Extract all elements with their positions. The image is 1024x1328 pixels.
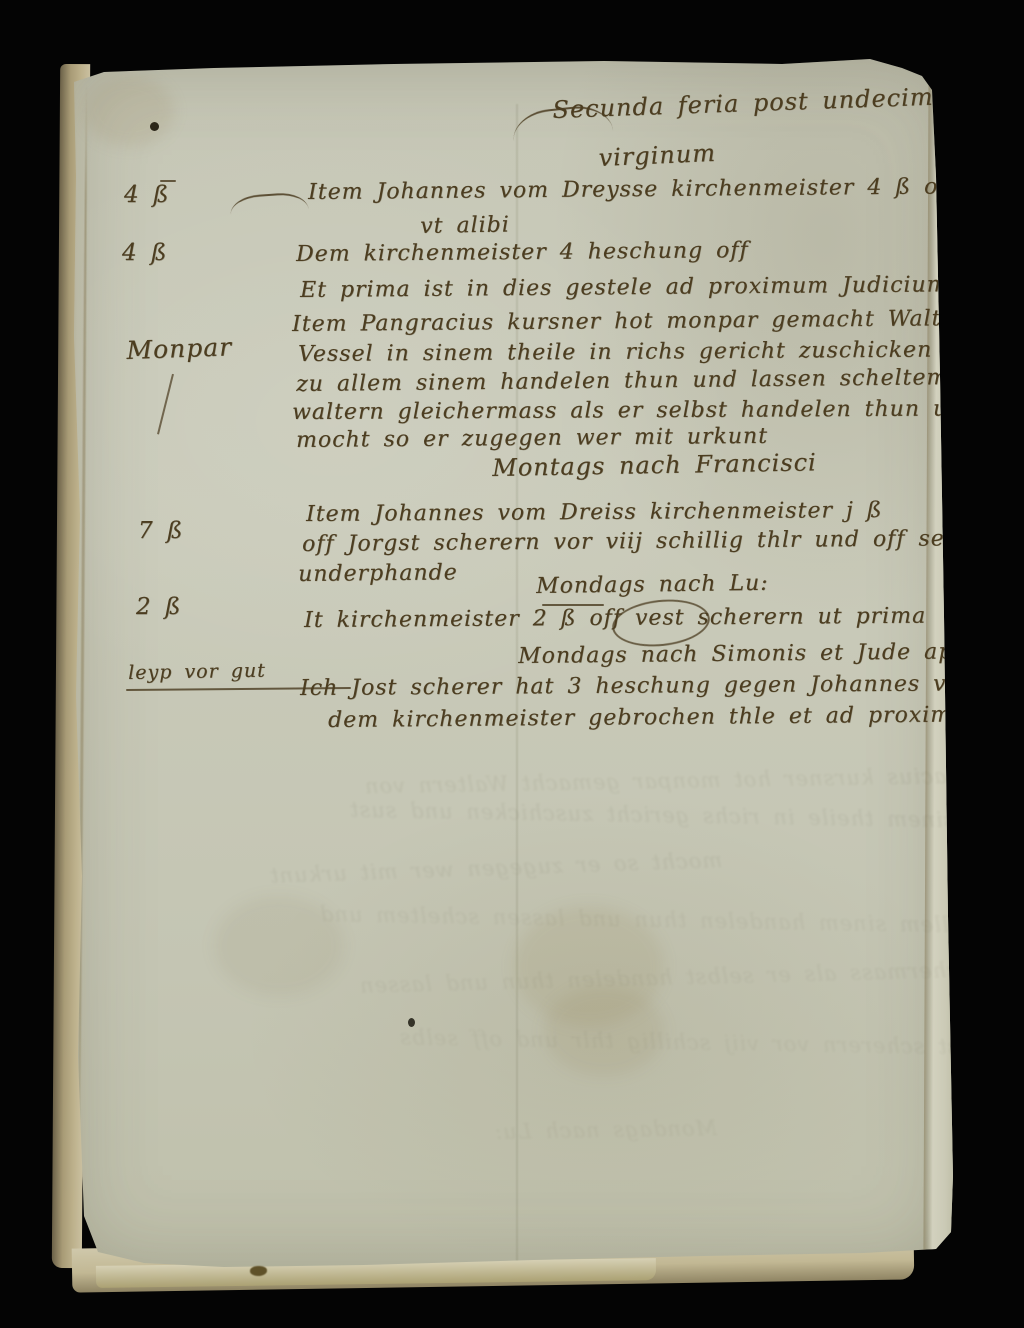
manuscript-line: mocht so er zugegen wer mit urkunt (296, 424, 768, 453)
margin-note-shillings: 4 ß (122, 240, 167, 266)
manuscript-line: zu allem sinem handelen thun und lassen … (296, 365, 1007, 397)
header-date-line: Secunda feria post undecim milia (552, 80, 1013, 124)
manuscript-line: vt alibi (420, 212, 510, 239)
verso-show-through: Mondags nach Lu: (494, 1116, 717, 1144)
manuscript-line: Vessel in sinem theile in richs gericht … (298, 337, 1024, 367)
verso-show-through: zu allem sinem handelen thun und lassen … (319, 902, 1002, 938)
manuscript-line: Item Johannes vom Dreiss kirchenmeister … (306, 498, 883, 527)
margin-note-leyp-vor-gut: leyp vor gut (128, 660, 266, 684)
manuscript-line: Item Pangracius kursner hot monpar gemac… (292, 305, 1024, 337)
manuscript-line: underphande (298, 560, 458, 587)
margin-note-monpar: Monpar (126, 332, 233, 365)
contraction-mark (160, 180, 176, 182)
header-date-line2: virginum (598, 139, 717, 172)
calligraphic-flourish (229, 191, 308, 214)
manuscript-line: Item Johannes vom Dreysse kirchenmeister… (308, 174, 957, 205)
verso-show-through: Vessel in sinem theile in richs gericht … (349, 798, 1024, 835)
manuscript-page: Item Pangracius kursner hot monpar gemac… (64, 56, 960, 1274)
sub-heading: Mondags nach Simonis et Jude apostoln (518, 639, 1024, 669)
section-heading: Montags nach Francisci (492, 448, 817, 482)
manuscript-line: Ich Jost scherer hat 3 heschung gegen Jo… (300, 671, 1024, 701)
photo-background: Item Pangracius kursner hot monpar gemac… (0, 0, 1024, 1328)
manuscript-line: dem kirchenmeister gebrochen thle et ad … (328, 703, 952, 733)
manuscript-line: off Jorgst scherern vor viij schillig th… (302, 526, 980, 557)
manuscript-line: Et prima ist in dies gestele ad proximum… (300, 272, 949, 303)
verso-show-through: mocht so er zugegen wer mit urkunt (269, 848, 723, 888)
manuscript-line: Dem kirchenmeister 4 heschung off (296, 238, 749, 267)
margin-note-shillings: 2 ß (136, 594, 181, 620)
margin-note-shillings: 4 ß (124, 182, 169, 208)
sub-heading: Mondags nach Lu: (536, 571, 769, 599)
pen-descender-stroke (157, 374, 173, 435)
margin-note-shillings: 7 ß (138, 518, 183, 544)
manuscript-line: waltern gleichermass als er selbst hande… (292, 396, 1024, 425)
stain-top-left (84, 76, 174, 146)
